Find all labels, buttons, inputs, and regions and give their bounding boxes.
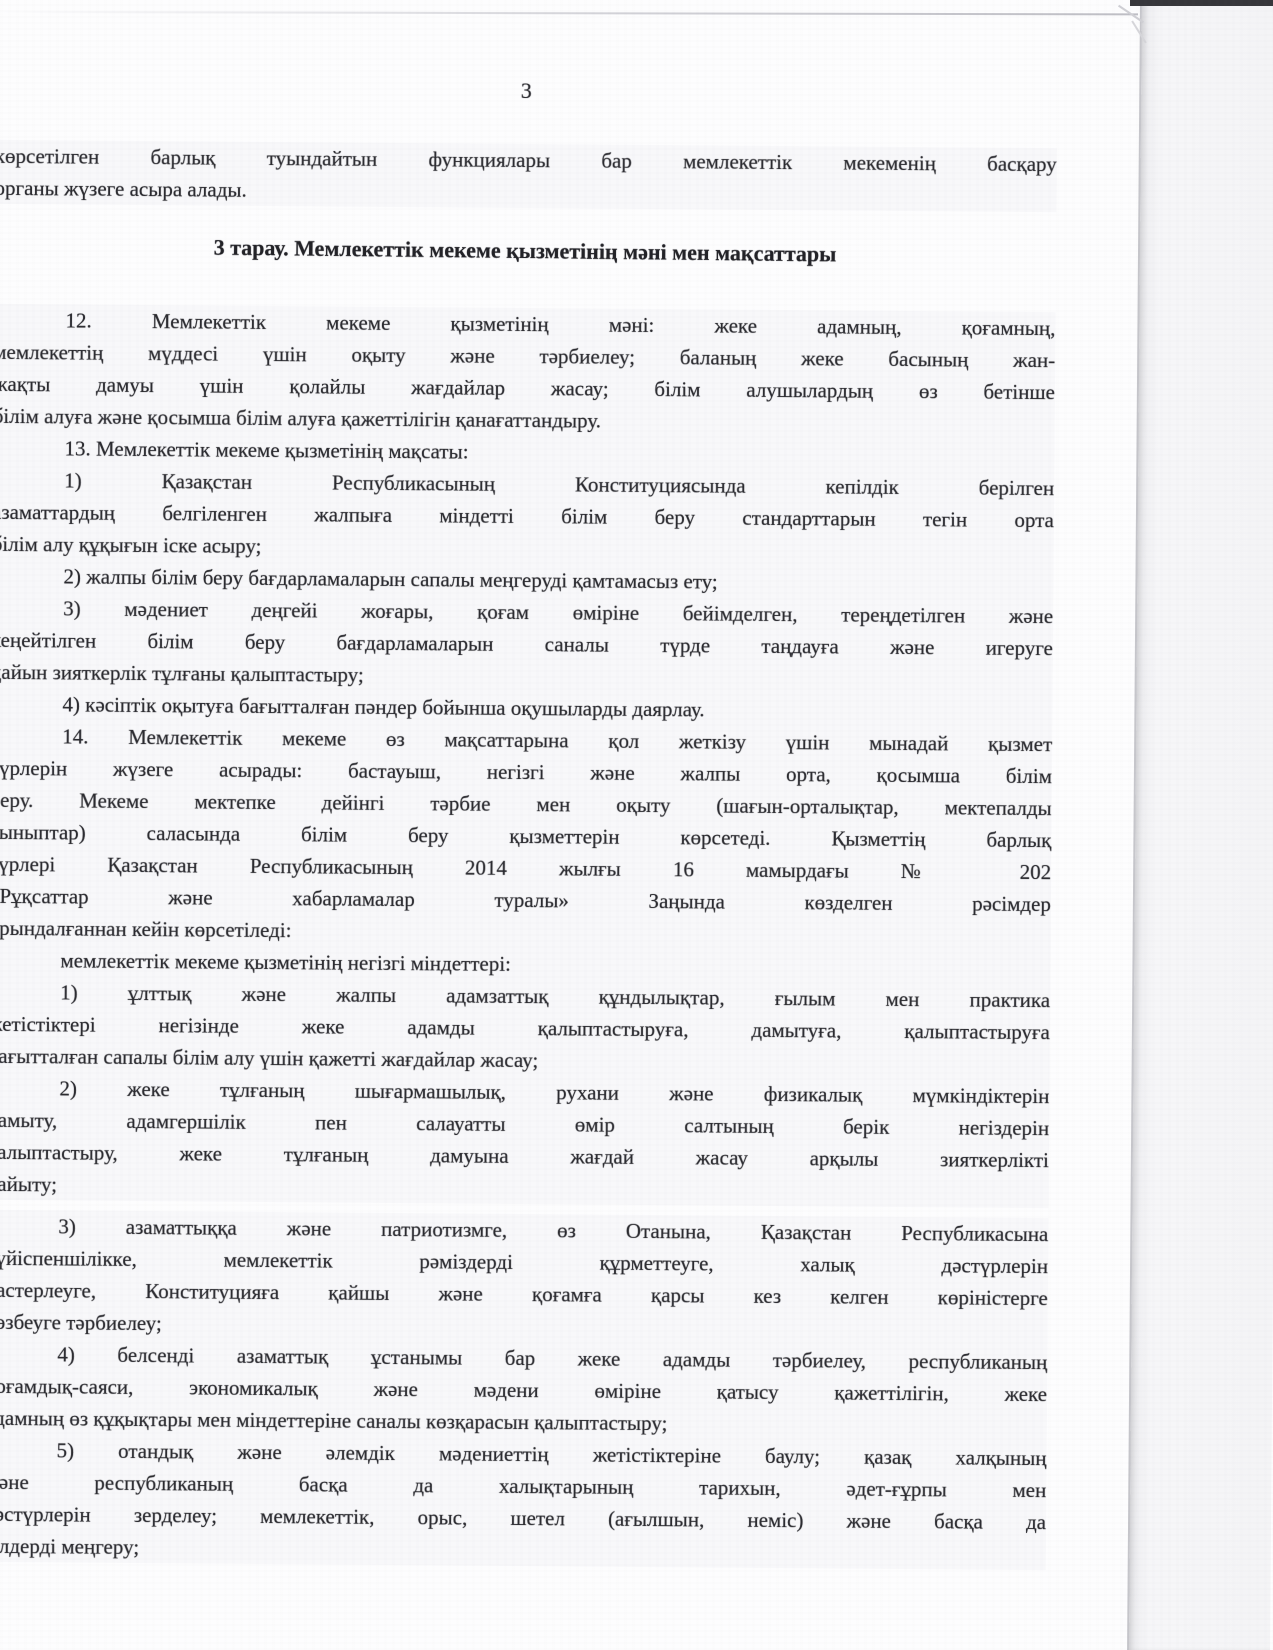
page-text-block: 3 көрсетілген барлық туындайтын функциял… (0, 0, 1058, 1570)
scanner-dark-strip (1130, 0, 1273, 6)
scanned-document-page: 3 көрсетілген барлық туындайтын функциял… (0, 0, 1273, 1650)
document-body: 12. Мемлекеттік мекеме қызметінің мәні: … (0, 304, 1056, 1570)
underlying-page-stack (1127, 0, 1273, 1650)
page-number: 3 (0, 72, 1057, 110)
intro-paragraph: көрсетілген барлық туындайтын функциялар… (0, 140, 1057, 212)
section-heading: 3 тарау. Мемлекеттік мекеме қызметінің м… (0, 228, 1056, 274)
